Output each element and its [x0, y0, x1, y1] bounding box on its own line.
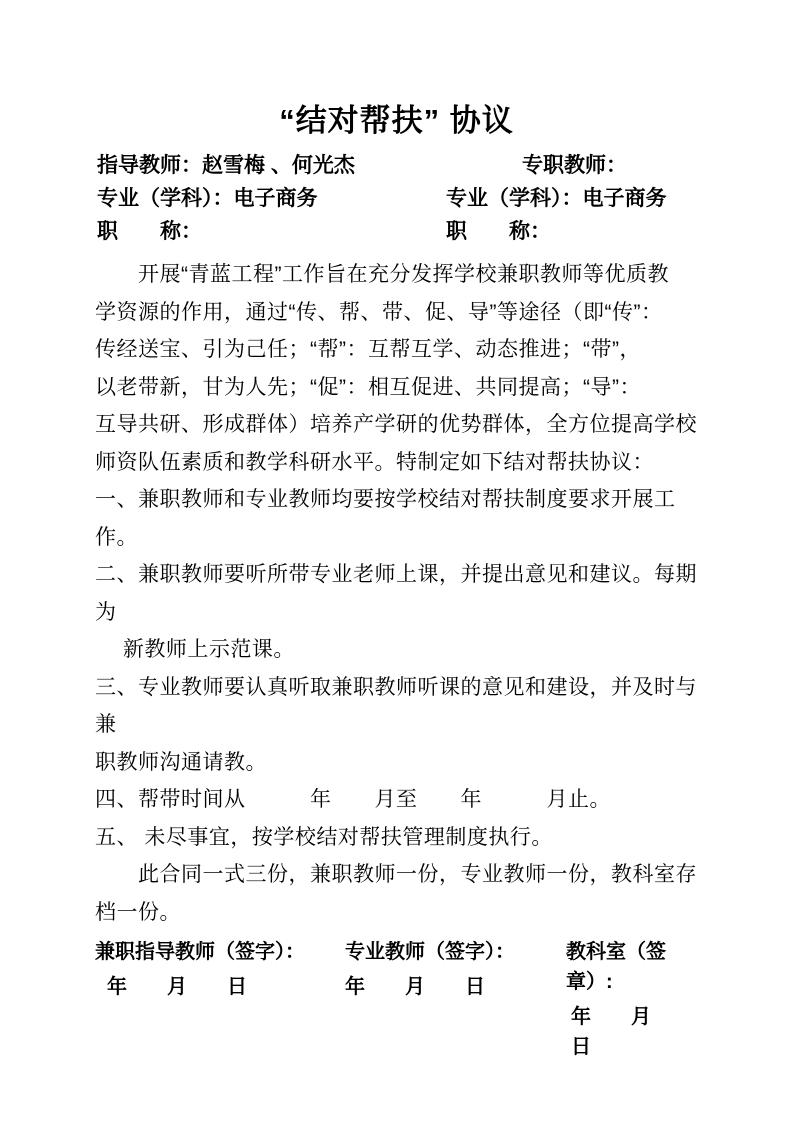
clause-3-line: 三、专业教师要认真听取兼职教师听课的意见和建设，并及时与 兼 [95, 669, 698, 744]
copies-note-line: 此合同一式三份，兼职教师一份，专业教师一份，教科室存 [95, 856, 698, 894]
clause-5-line: 五、 未尽事宜，按学校结对帮扶管理制度执行。 [95, 819, 698, 857]
header-row-job-title: 职 称： 职 称： [95, 215, 698, 248]
signature-col-professional-teacher: 专业教师（签字）： 年 月 日 [345, 937, 566, 1062]
major-field-left: 专业（学科）：电子商务 [97, 182, 318, 215]
header-row-teachers: 指导教师：赵雪梅 、何光杰 专职教师： [95, 149, 698, 182]
clause-1-line: 作。 [95, 519, 698, 557]
intro-paragraph-line: 师资队伍素质和教学科研水平。特制定如下结对帮扶协议： [95, 444, 698, 482]
job-title-field-left: 职 称： [97, 215, 202, 248]
agreement-body: 开展“青蓝工程”工作旨在充分发挥学校兼职教师等优质教 学资源的作用，通过“传、帮… [95, 256, 698, 931]
intro-paragraph-line: 以老带新，甘为人先；“促”：相互促进、共同提高；“导”： [95, 369, 698, 407]
signature-section: 兼职指导教师（签字）： 年 月 日 专业教师（签字）： 年 月 日 教科室（签章… [95, 937, 698, 1062]
document-page: “结对帮扶” 协议 指导教师：赵雪梅 、何光杰 专职教师： 专业（学科）：电子商… [0, 0, 793, 1122]
professional-teacher-sign-label: 专业教师（签字）： [345, 937, 566, 967]
intro-paragraph-line: 学资源的作用，通过“传、帮、带、促、导”等途径（即“传”： [95, 294, 698, 332]
signature-col-academic-office: 教科室（签章）: 年 月 日 [566, 937, 698, 1062]
document-title: “结对帮扶” 协议 [95, 100, 698, 142]
clause-4-line: 四、帮带时间从 年 月至 年 月止。 [95, 781, 698, 819]
intro-paragraph-line: 传经送宝、引为己任；“帮”：互帮互学、动态推进；“带”， [95, 331, 698, 369]
parttime-mentor-sign-label: 兼职指导教师（签字）： [95, 937, 345, 967]
academic-office-seal-label: 教科室（签章）: [566, 937, 698, 997]
clause-2-line: 二、兼职教师要听所带专业老师上课，并提出意见和建议。每期 为 [95, 556, 698, 631]
document-content: “结对帮扶” 协议 指导教师：赵雪梅 、何光杰 专职教师： 专业（学科）：电子商… [95, 100, 698, 1062]
fulltime-teacher-field: 专职教师： [522, 149, 627, 182]
intro-paragraph-line: 互导共研、形成群体）培养产学研的优势群体，全方位提高学校 [95, 406, 698, 444]
clause-3-line: 职教师沟通请教。 [95, 744, 698, 782]
signature-row: 兼职指导教师（签字）： 年 月 日 专业教师（签字）： 年 月 日 教科室（签章… [95, 937, 698, 1062]
clause-2-line: 新教师上示范课。 [95, 631, 698, 669]
job-title-field-right: 职 称： [446, 215, 551, 248]
copies-note-line: 档一份。 [95, 894, 698, 932]
intro-paragraph-line: 开展“青蓝工程”工作旨在充分发挥学校兼职教师等优质教 [95, 256, 698, 294]
parttime-mentor-date-line: 年 月 日 [95, 972, 345, 1002]
clause-1-line: 一、兼职教师和专业教师均要按学校结对帮扶制度要求开展工 [95, 481, 698, 519]
header-row-major: 专业（学科）：电子商务 专业（学科）：电子商务 [95, 182, 698, 215]
major-field-right: 专业（学科）：电子商务 [446, 182, 667, 215]
signature-col-parttime-mentor: 兼职指导教师（签字）： 年 月 日 [95, 937, 345, 1062]
mentor-teacher-field: 指导教师：赵雪梅 、何光杰 [97, 149, 355, 182]
professional-teacher-date-line: 年 月 日 [345, 972, 566, 1002]
academic-office-date-line: 年 月 日 [566, 1002, 698, 1062]
